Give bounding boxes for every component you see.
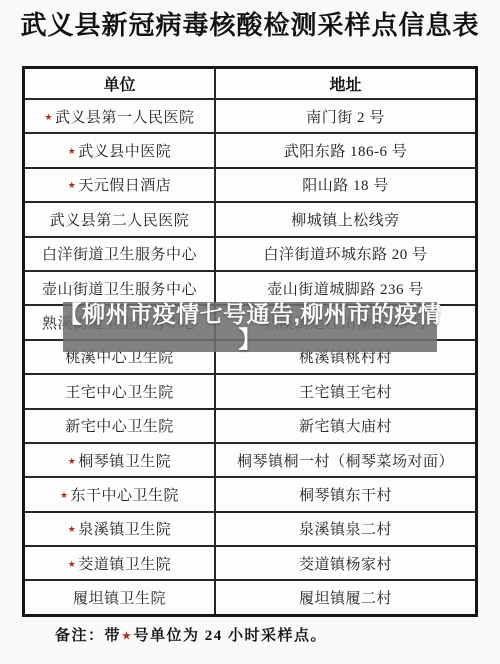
address-cell: 泉溪镇泉二村 <box>215 512 477 546</box>
unit-name: 桃溪中心卫生院 <box>65 350 174 366</box>
column-header-unit: 单位 <box>24 68 216 100</box>
address-cell: 王宅镇王宅村 <box>215 374 477 408</box>
column-header-address: 地址 <box>215 68 477 100</box>
address-cell: 柳城镇上松线旁 <box>215 202 477 236</box>
unit-cell: 白洋街道卫生服务中心 <box>24 237 216 271</box>
unit-name: 茭道镇卫生院 <box>78 557 171 573</box>
table-row: ★茭道镇卫生院茭道镇杨家村 <box>24 546 477 580</box>
unit-cell: 新宅中心卫生院 <box>24 409 216 443</box>
header-row: 单位 地址 <box>24 68 477 100</box>
table-row: 履坦镇卫生院履坦镇履二村 <box>24 580 477 615</box>
unit-name: 白洋街道卫生服务中心 <box>42 247 197 263</box>
address-cell: 白洋街道环城东路 20 号 <box>215 237 477 271</box>
footnote-suffix: 号单位为 24 小时采样点。 <box>133 628 327 644</box>
unit-name: 武义县第二人民医院 <box>50 213 190 229</box>
unit-name: 武义县中医院 <box>78 144 171 160</box>
address-cell: 新宅镇大庙村 <box>215 409 477 443</box>
unit-cell: 履坦镇卫生院 <box>24 580 216 615</box>
unit-name: 履坦镇卫生院 <box>73 591 166 607</box>
table-row: ★武义县中医院武阳东路 186-6 号 <box>24 133 477 167</box>
star-icon: ★ <box>68 524 77 534</box>
table-row: 新宅中心卫生院新宅镇大庙村 <box>24 409 477 443</box>
unit-cell: ★天元假日酒店 <box>24 168 216 202</box>
watermark-line2: 】 <box>238 327 262 352</box>
star-icon: ★ <box>68 559 77 569</box>
star-icon: ★ <box>68 146 77 156</box>
table-row: ★天元假日酒店阳山路 18 号 <box>24 168 477 202</box>
address-cell: 阳山路 18 号 <box>215 168 477 202</box>
unit-name: 武义县第一人民医院 <box>55 110 195 126</box>
table-row: ★桐琴镇卫生院桐琴镇桐一村（桐琴菜场对面） <box>24 443 477 477</box>
document-page: 武义县新冠病毒核酸检测采样点信息表 单位 地址 ★武义县第一人民医院南门街 2 … <box>0 0 500 664</box>
star-icon: ★ <box>44 112 53 122</box>
star-icon: ★ <box>68 180 77 190</box>
unit-cell: 王宅中心卫生院 <box>24 374 216 408</box>
page-title: 武义县新冠病毒核酸检测采样点信息表 <box>0 5 500 42</box>
address-cell: 茭道镇杨家村 <box>215 546 477 580</box>
address-cell: 桐琴镇桐一村（桐琴菜场对面） <box>215 443 477 477</box>
watermark-overlay: 【柳州市疫情七号通告,柳州市的疫情 】 <box>63 302 437 352</box>
unit-name: 桐琴镇卫生院 <box>78 454 171 470</box>
star-icon: ★ <box>60 490 69 500</box>
unit-name: 壶山街道卫生服务中心 <box>42 282 197 298</box>
unit-cell: ★东干中心卫生院 <box>24 477 216 511</box>
star-icon: ★ <box>122 631 132 642</box>
table-row: ★东干中心卫生院桐琴镇东干村 <box>24 477 477 511</box>
unit-cell: ★武义县中医院 <box>24 133 216 167</box>
table-row: ★泉溪镇卫生院泉溪镇泉二村 <box>24 512 477 546</box>
table-header: 单位 地址 <box>24 68 477 100</box>
address-cell: 武阳东路 186-6 号 <box>215 133 477 167</box>
unit-cell: ★茭道镇卫生院 <box>24 546 216 580</box>
unit-cell: ★武义县第一人民医院 <box>24 99 216 133</box>
unit-name: 王宅中心卫生院 <box>65 385 174 401</box>
table-row: 白洋街道卫生服务中心白洋街道环城东路 20 号 <box>24 237 477 271</box>
table-row: 王宅中心卫生院王宅镇王宅村 <box>24 374 477 408</box>
address-cell: 南门街 2 号 <box>215 99 477 133</box>
address-cell: 桐琴镇东干村 <box>215 477 477 511</box>
watermark-line1: 【柳州市疫情七号通告,柳州市的疫情 <box>59 302 442 327</box>
unit-name: 新宅中心卫生院 <box>65 419 174 435</box>
footnote: 备注：带★号单位为 24 小时采样点。 <box>55 624 327 645</box>
unit-name: 天元假日酒店 <box>78 178 171 194</box>
table-body: ★武义县第一人民医院南门街 2 号★武义县中医院武阳东路 186-6 号★天元假… <box>24 99 477 615</box>
unit-cell: ★泉溪镇卫生院 <box>24 512 216 546</box>
unit-cell: 武义县第二人民医院 <box>24 202 216 236</box>
table-row: ★武义县第一人民医院南门街 2 号 <box>24 99 477 133</box>
address-cell: 履坦镇履二村 <box>215 580 477 615</box>
unit-name: 东干中心卫生院 <box>71 488 180 504</box>
table-row: 武义县第二人民医院柳城镇上松线旁 <box>24 202 477 236</box>
star-icon: ★ <box>68 456 77 466</box>
unit-name: 泉溪镇卫生院 <box>78 522 171 538</box>
unit-cell: ★桐琴镇卫生院 <box>24 443 216 477</box>
footnote-prefix: 备注：带 <box>55 628 121 644</box>
